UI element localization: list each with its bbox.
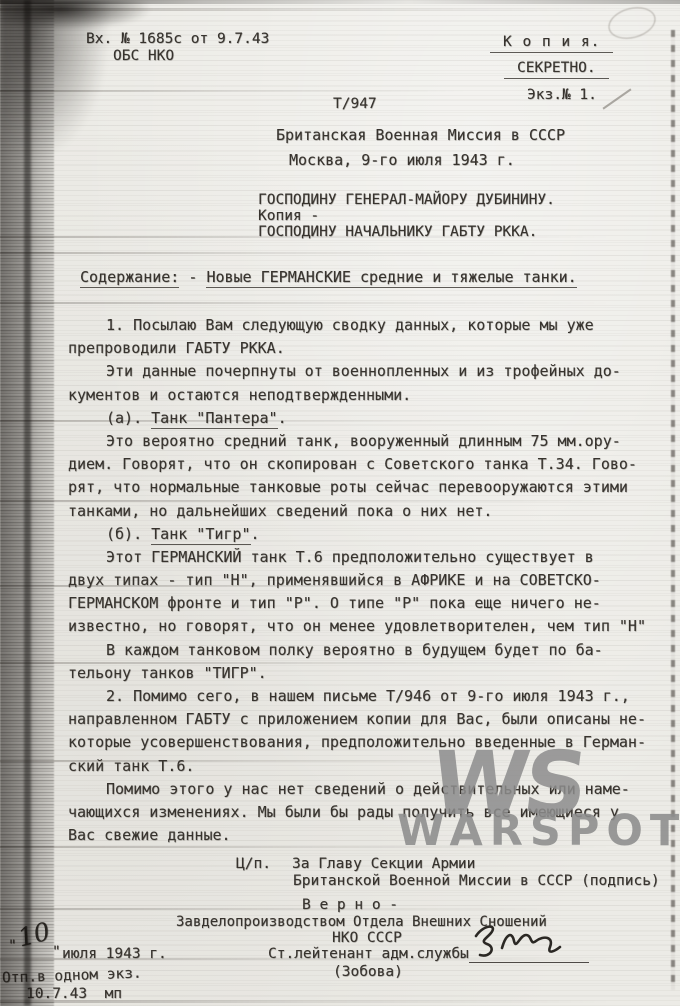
- scan-streak: [0, 8, 680, 11]
- subject-text: Новые ГЕРМАНСКИЕ средние и тяжелые танки…: [206, 268, 576, 288]
- verno-label: В е р н о -: [302, 897, 398, 913]
- body-line-tank-panther: (а). Танк "Пантера".: [68, 407, 660, 430]
- signature-title-2: Британской Военной Миссии в СССР (подпис…: [293, 873, 660, 889]
- subject-label: Содержание:: [80, 268, 179, 288]
- date-close-quote: ": [52, 944, 61, 960]
- footer-date: 10.7.43 мп: [26, 986, 122, 1002]
- certifier-rank: Ст.лейтенант адм.службы: [268, 946, 469, 962]
- body-line: Этот ГЕРМАНСКИЙ танк Т.6 предположительн…: [68, 546, 660, 569]
- secrecy-label: СЕКРЕТНО.: [504, 60, 609, 79]
- certifier-name: (Зобова): [333, 964, 403, 980]
- subject-separator: -: [179, 268, 206, 286]
- left-scan-edge: [0, 0, 54, 1006]
- mission-name: Британская Военная Миссия в СССР: [276, 126, 565, 144]
- body-line: Эти данные почерпнуты от военнопленных и…: [68, 360, 660, 383]
- certifier-org: НКО СССР: [332, 930, 402, 946]
- scan-mark-diagonal: [603, 88, 632, 109]
- body-line-tank-tiger: (б). Танк "Тигр".: [68, 523, 660, 546]
- signature-scribble: [468, 920, 568, 970]
- date-month-year: июля 1943 г.: [62, 946, 167, 962]
- scan-streak: [0, 252, 600, 254]
- addressee-line-3: ГОСПОДИНУ НАЧАЛЬНИКУ ГАБТУ РККА.: [258, 224, 537, 240]
- top-left-smudge: [0, 0, 150, 30]
- date-open-quote: ": [8, 938, 17, 954]
- copy-label: К о п и я.: [490, 34, 613, 53]
- body-line: тельону танков "ТИГР".: [68, 662, 660, 685]
- body-line: 2. Помимо сего, в нашем письме Т/946 от …: [68, 685, 660, 708]
- body-line: препроводили ГАБТУ РККА.: [68, 337, 660, 360]
- body-line: В каждом танковом полку вероятно в будущ…: [68, 639, 660, 662]
- scan-streak: [0, 302, 680, 304]
- body-line: танками, но дальнейших сведений пока о н…: [68, 500, 660, 523]
- signed-abbrev: Ц/п.: [236, 856, 271, 872]
- top-left-smudge-2: [0, 0, 110, 160]
- body-line: 1. Посылаю Вам следующую сводку данных, …: [68, 314, 660, 337]
- incoming-stamp-number: Вх. № 1685с от 9.7.43: [86, 31, 269, 47]
- document-page: Вх. № 1685с от 9.7.43 ОБС НКО К о п и я.…: [0, 0, 680, 1006]
- copy-number: Экз.№ 1.: [527, 87, 597, 103]
- addressee-line-2: Копия -: [258, 208, 319, 224]
- handwritten-day: 10: [15, 917, 53, 953]
- body-line: известно, но говорят, что он менее удовл…: [68, 615, 660, 638]
- left-scan-fold-line: [24, 0, 31, 1006]
- body-line: дием. Говорят, что он скопирован с Совет…: [68, 453, 660, 476]
- place-date: Москва, 9-го июля 1943 г.: [289, 151, 515, 169]
- body-line: ГЕРМАНСКОМ фронте и тип "Р". О типе "Р" …: [68, 592, 660, 615]
- subject-line: Содержание: - Новые ГЕРМАНСКИЕ средние и…: [80, 268, 577, 286]
- top-scan-edge: [0, 0, 680, 4]
- signature-title-1: За Главу Секции Армии: [292, 856, 475, 872]
- body-line: двух типах - тип "Н", применявшийся в АФ…: [68, 569, 660, 592]
- addressee-line-1: ГОСПОДИНУ ГЕНЕРАЛ-МАЙОРУ ДУБИНИНУ.: [258, 192, 555, 208]
- body-line: Это вероятно средний танк, вооруженный д…: [68, 430, 660, 453]
- incoming-stamp-office: ОБС НКО: [113, 48, 174, 64]
- watermark-text: WARSPOT: [397, 806, 680, 856]
- body-line: рят, что нормальные танковые роты сейчас…: [68, 476, 660, 499]
- body-line: направленном ГАБТУ с приложением копии д…: [68, 708, 660, 731]
- doc-number: Т/947: [333, 96, 377, 112]
- scan-streak: [0, 90, 520, 92]
- copies-note: Отп.в одном экз.: [2, 966, 142, 987]
- body-line: кументов и остаются неподтвержденными.: [68, 384, 660, 407]
